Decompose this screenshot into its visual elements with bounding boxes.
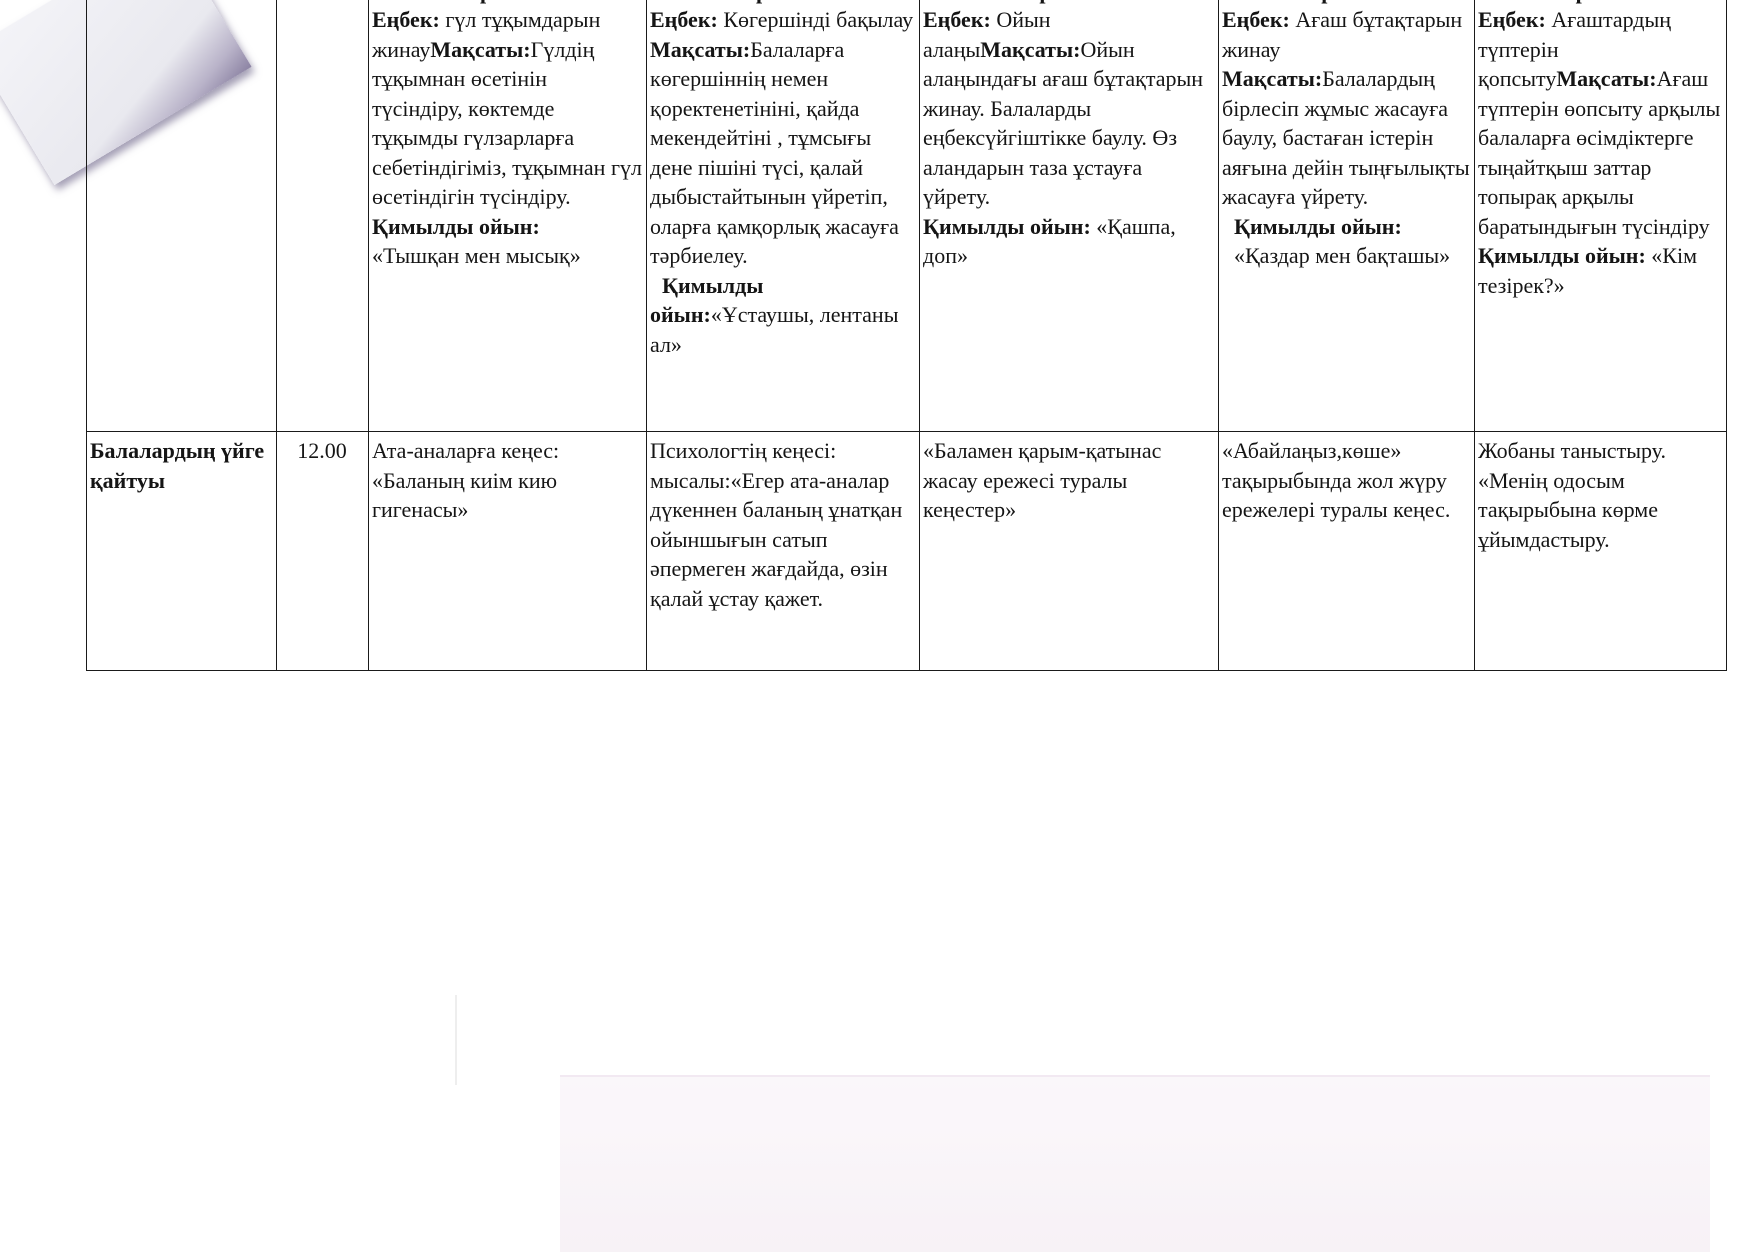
activity-cell-monday: р Еңбек: гүл тұқымдарын жинауМақсаты:Гүл… [369, 0, 647, 432]
table-row-walk: р Еңбек: гүл тұқымдарын жинауМақсаты:Гүл… [87, 0, 1727, 432]
goal-text: Ойын алаңындағы ағаш бұтақтарын жинау. Б… [923, 37, 1203, 210]
game-label: Қимылды ойын: [923, 214, 1091, 239]
game-text: «Қаздар мен бақташы» [1222, 243, 1450, 268]
goal-label: Мақсаты: [1222, 66, 1322, 91]
section-cell: Балалардың үйге қайтуы [87, 432, 277, 671]
game-label: Қимылды ойын: [1222, 214, 1402, 239]
goal-label: Мақсаты: [430, 37, 530, 62]
scan-shadow [560, 1075, 1710, 1252]
activity-cell-thursday: р Еңбек: Ағаш бұтақтарын жинау Мақсаты:Б… [1219, 0, 1475, 432]
schedule-table: р Еңбек: гүл тұқымдарын жинауМақсаты:Гүл… [86, 0, 1727, 671]
parent-advice-cell-friday: Жобаны таныстыру. «Менің одосым тақырыбы… [1475, 432, 1727, 671]
goal-label: Мақсаты: [980, 37, 1080, 62]
parent-advice-cell-monday: Ата-аналарға кеңес: «Баланың киім кию ги… [369, 432, 647, 671]
game-label: Қимылды ойын: [372, 214, 540, 239]
goal-text: Гүлдің тұқымнан өсетінін түсіндіру, көкт… [372, 37, 642, 210]
activity-cell-friday: р Еңбек: Ағаштардың түптерін қопсытуМақс… [1475, 0, 1727, 432]
work-label: Еңбек: [650, 7, 718, 32]
activity-cell-wednesday: р Еңбек: Ойын алаңыМақсаты:Ойын алаңында… [920, 0, 1219, 432]
parent-advice-cell-thursday: «Абайлаңыз,көше» тақырыбында жол жүру ер… [1219, 432, 1475, 671]
clipped-heading: р [1039, 0, 1051, 5]
parent-advice-cell-wednesday: «Баламен қарым-қатынас жасау ережесі тур… [920, 432, 1219, 671]
game-label: Қимылды ойын: [1478, 243, 1646, 268]
activity-cell-tuesday: р Еңбек: Көгершінді бақылау Мақсаты:Бала… [647, 0, 920, 432]
goal-text: Ағаш түптерін өопсыту арқылы балаларға ө… [1478, 66, 1720, 239]
time-cell [277, 0, 369, 432]
parent-advice-cell-tuesday: Психологтің кеңесі: мысалы:«Егер ата-ана… [647, 432, 920, 671]
clipped-heading: р [756, 0, 768, 5]
section-title: Балалардың үйге қайтуы [90, 438, 264, 493]
section-cell [87, 0, 277, 432]
goal-text: Балаларға көгершіннің немен қоректенетін… [650, 37, 899, 269]
clipped-heading: р [1321, 0, 1333, 5]
table-row-going-home: Балалардың үйге қайтуы 12.00 Ата-аналарғ… [87, 432, 1727, 671]
work-label: Еңбек: [1222, 7, 1290, 32]
work-label: Еңбек: [372, 7, 440, 32]
work-label: Еңбек: [923, 7, 991, 32]
goal-label: Мақсаты: [1556, 66, 1656, 91]
work-label: Еңбек: [1478, 7, 1546, 32]
time-cell: 12.00 [277, 432, 369, 671]
game-text: «Тышқан мен мысық» [372, 243, 581, 268]
scan-artifact [455, 995, 457, 1085]
goal-label: Мақсаты: [650, 37, 750, 62]
clipped-heading: р [1576, 0, 1588, 5]
clipped-heading: р [480, 0, 492, 5]
work-text: Көгершінді бақылау [718, 7, 913, 32]
